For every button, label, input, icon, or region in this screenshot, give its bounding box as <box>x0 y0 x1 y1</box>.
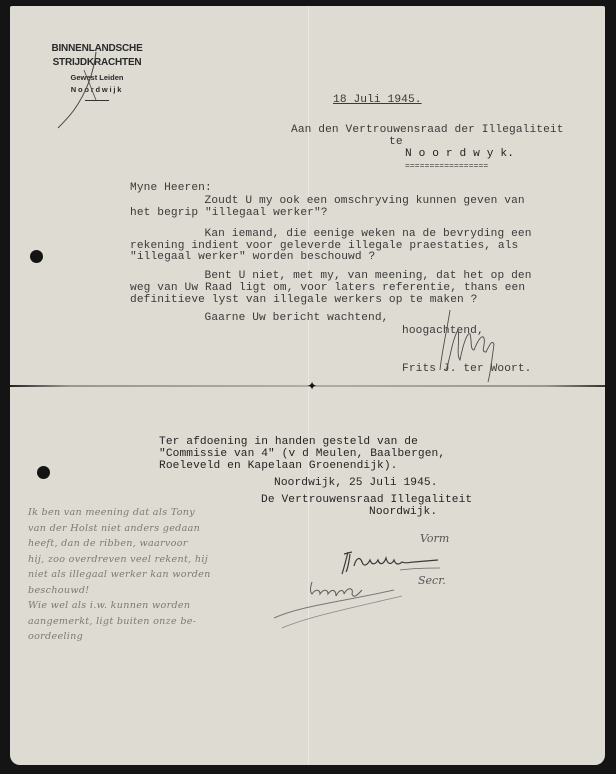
signature-chairman-icon <box>340 548 455 578</box>
endorsement-issuer-line-1: De Vertrouwensraad Illegaliteit <box>261 494 472 506</box>
letterhead-cross-mark-icon <box>50 50 110 130</box>
paragraph-3-line-2: weg van Uw Raad ligt om, voor laters ref… <box>130 282 525 294</box>
paragraph-3-line-3: definitieve lyst van illegale werkers op… <box>130 294 478 306</box>
salutation: Myne Heeren: <box>130 182 212 194</box>
handwritten-line: niet als illegaal werker kan worden <box>28 567 268 583</box>
paragraph-2-line-3: "illegaal werker" worden beschouwd ? <box>130 251 375 263</box>
recipient-line-1: Aan den Vertrouwensraad der Illegaliteit <box>291 124 564 136</box>
paragraph-1-line-1: Zoudt U my ook een omschryving kunnen ge… <box>150 195 525 207</box>
signature-ter-woort-icon <box>430 300 510 385</box>
handwritten-note: Ik ben van meening dat als Tony van der … <box>28 505 268 645</box>
punch-hole-bottom <box>37 466 50 479</box>
recipient-line-2: te <box>389 136 403 148</box>
punch-hole-top <box>30 250 43 263</box>
recipient-town: N o o r d w y k. <box>405 148 514 160</box>
recipient-rule: ================= <box>405 161 488 173</box>
endorsement-line-3: Roeleveld en Kapelaan Groenendijk). <box>159 460 397 472</box>
signature-secretary-icon <box>270 580 420 640</box>
handwritten-line: beschouwd! <box>28 583 268 599</box>
handwritten-line: oordeeling <box>28 629 268 645</box>
handwritten-line: aangemerkt, ligt buiten onze be- <box>28 614 268 630</box>
fold-crease-mark: ✦ <box>306 380 318 392</box>
letter-date: 18 Juli 1945. <box>333 94 422 106</box>
endorsement-line-2: "Commissie van 4" (v d Meulen, Baalberge… <box>159 448 445 460</box>
endorsement-line-1: Ter afdoening in handen gesteld van de <box>159 436 418 448</box>
handwritten-line: Ik ben van meening dat als Tony <box>28 505 268 521</box>
handwritten-line: heeft, dan de ribben, waarvoor <box>28 536 268 552</box>
handwritten-line: hij, zoo overdreven veel rekent, hij <box>28 552 268 568</box>
endorsement-place-date: Noordwijk, 25 Juli 1945. <box>274 477 438 489</box>
closing-line: Gaarne Uw bericht wachtend, <box>150 312 388 324</box>
paragraph-3-line-1: Bent U niet, met my, van meening, dat he… <box>150 270 532 282</box>
handwritten-line: van der Holst niet anders gedaan <box>28 521 268 537</box>
paragraph-2-line-1: Kan iemand, die eenige weken na de bevry… <box>150 228 532 240</box>
signature-label-vorm: Vorm <box>420 532 449 545</box>
handwritten-line: Wie wel als i.w. kunnen worden <box>28 598 268 614</box>
endorsement-issuer-line-2: Noordwijk. <box>369 506 437 518</box>
paragraph-1-line-2: het begrip "illegaal werker"? <box>130 207 328 219</box>
